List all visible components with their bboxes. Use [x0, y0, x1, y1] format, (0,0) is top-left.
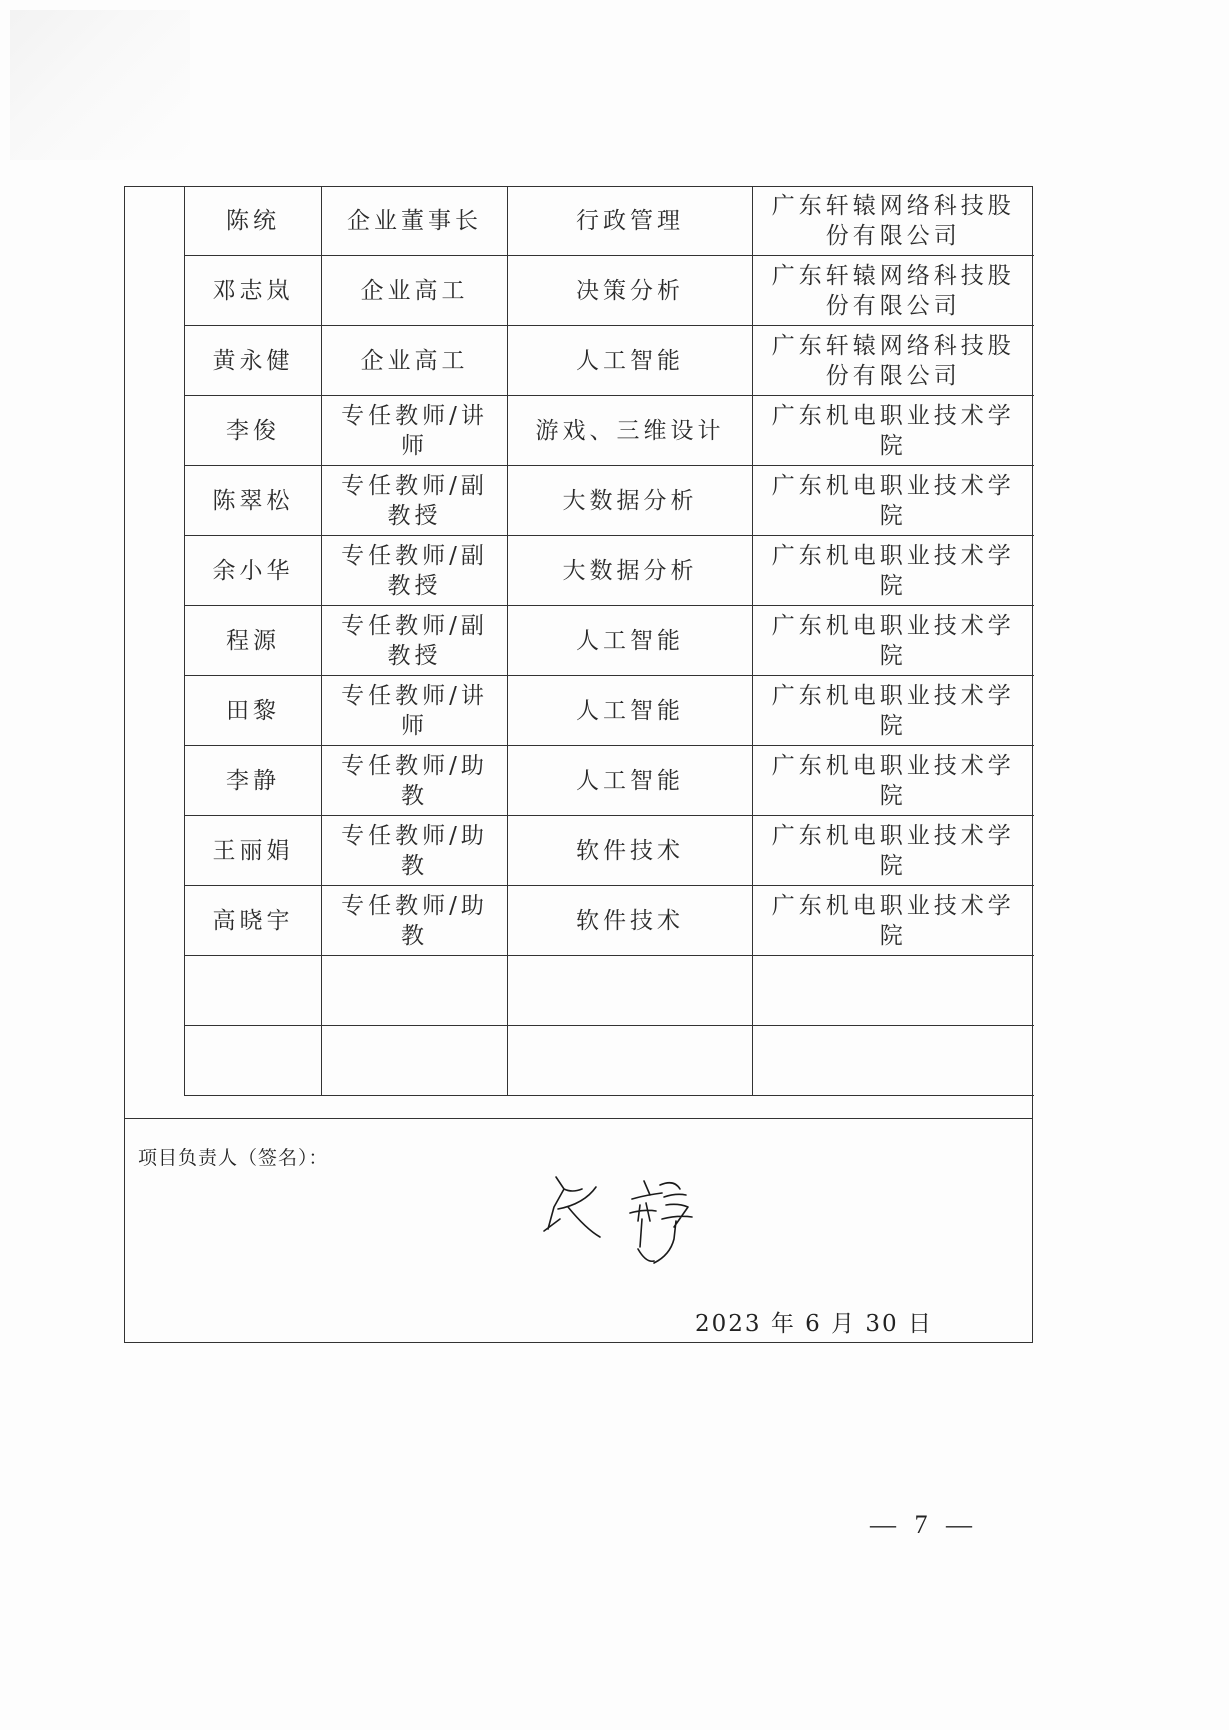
member-specialty: 人工智能: [508, 606, 753, 676]
member-name: 李俊: [185, 396, 322, 466]
member-name: [185, 956, 322, 1026]
member-title: 专任教师/助教: [322, 816, 508, 886]
table-row: 田黎 专任教师/讲师 人工智能 广东机电职业技术学院: [185, 676, 1034, 746]
member-title: 企业高工: [322, 326, 508, 396]
member-organization: 广东机电职业技术学院: [753, 746, 1034, 816]
member-name: 余小华: [185, 536, 322, 606]
member-specialty: 决策分析: [508, 256, 753, 326]
member-organization: 广东机电职业技术学院: [753, 466, 1034, 536]
member-organization: 广东机电职业技术学院: [753, 536, 1034, 606]
member-name: 程源: [185, 606, 322, 676]
member-organization: 广东机电职业技术学院: [753, 396, 1034, 466]
member-title: 专任教师/副教授: [322, 606, 508, 676]
member-specialty: [508, 956, 753, 1026]
member-specialty: 大数据分析: [508, 466, 753, 536]
member-name: 邓志岚: [185, 256, 322, 326]
member-organization: 广东机电职业技术学院: [753, 886, 1034, 956]
table-row: 王丽娟 专任教师/助教 软件技术 广东机电职业技术学院: [185, 816, 1034, 886]
member-name: 王丽娟: [185, 816, 322, 886]
member-organization: [753, 956, 1034, 1026]
table-row: 陈翠松 专任教师/副教授 大数据分析 广东机电职业技术学院: [185, 466, 1034, 536]
member-specialty: [508, 1026, 753, 1096]
signature-date: 2023 年 6 月 30 日: [695, 1305, 933, 1338]
member-title: 专任教师/助教: [322, 886, 508, 956]
member-organization: 广东轩辕网络科技股份有限公司: [753, 186, 1034, 256]
table-row-empty: [185, 1026, 1034, 1096]
member-specialty: 人工智能: [508, 676, 753, 746]
member-title: 企业董事长: [322, 186, 508, 256]
table-row: 程源 专任教师/副教授 人工智能 广东机电职业技术学院: [185, 606, 1034, 676]
member-organization: 广东轩辕网络科技股份有限公司: [753, 326, 1034, 396]
table-row: 高晓宇 专任教师/助教 软件技术 广东机电职业技术学院: [185, 886, 1034, 956]
member-name: 陈统: [185, 186, 322, 256]
member-name: 田黎: [185, 676, 322, 746]
member-name: 陈翠松: [185, 466, 322, 536]
member-name: 李静: [185, 746, 322, 816]
member-specialty: 人工智能: [508, 746, 753, 816]
member-organization: [753, 1026, 1034, 1096]
member-title: 专任教师/副教授: [322, 466, 508, 536]
member-organization: 广东机电职业技术学院: [753, 676, 1034, 746]
document-page: 陈统 企业董事长 行政管理 广东轩辕网络科技股份有限公司 邓志岚 企业高工 决策…: [0, 0, 1229, 1730]
member-title: 企业高工: [322, 256, 508, 326]
member-organization: 广东机电职业技术学院: [753, 606, 1034, 676]
member-specialty: 软件技术: [508, 886, 753, 956]
member-title: 专任教师/副教授: [322, 536, 508, 606]
table-row: 陈统 企业董事长 行政管理 广东轩辕网络科技股份有限公司: [185, 186, 1034, 256]
table-row: 邓志岚 企业高工 决策分析 广东轩辕网络科技股份有限公司: [185, 256, 1034, 326]
member-specialty: 游戏、三维设计: [508, 396, 753, 466]
member-table: 陈统 企业董事长 行政管理 广东轩辕网络科技股份有限公司 邓志岚 企业高工 决策…: [184, 186, 1034, 1096]
table-row: 李俊 专任教师/讲师 游戏、三维设计 广东机电职业技术学院: [185, 396, 1034, 466]
member-specialty: 行政管理: [508, 186, 753, 256]
table-row: 黄永健 企业高工 人工智能 广东轩辕网络科技股份有限公司: [185, 326, 1034, 396]
member-title: [322, 956, 508, 1026]
member-specialty: 人工智能: [508, 326, 753, 396]
member-name: [185, 1026, 322, 1096]
member-name: 黄永健: [185, 326, 322, 396]
page-number: — 7 —: [870, 1510, 978, 1540]
member-title: [322, 1026, 508, 1096]
table-row: 余小华 专任教师/副教授 大数据分析 广东机电职业技术学院: [185, 536, 1034, 606]
table-row-empty: [185, 956, 1034, 1026]
member-title: 专任教师/讲师: [322, 676, 508, 746]
scan-artifact: [10, 10, 190, 160]
member-organization: 广东轩辕网络科技股份有限公司: [753, 256, 1034, 326]
member-title: 专任教师/助教: [322, 746, 508, 816]
member-organization: 广东机电职业技术学院: [753, 816, 1034, 886]
member-name: 高晓宇: [185, 886, 322, 956]
signature-section: 项目负责人（签名）： 2023 年 6 月 30 日: [124, 1118, 1033, 1343]
member-title: 专任教师/讲师: [322, 396, 508, 466]
member-specialty: 软件技术: [508, 816, 753, 886]
handwritten-signature: [534, 1159, 724, 1279]
table-row: 李静 专任教师/助教 人工智能 广东机电职业技术学院: [185, 746, 1034, 816]
member-specialty: 大数据分析: [508, 536, 753, 606]
signature-label: 项目负责人（签名）：: [138, 1143, 329, 1170]
